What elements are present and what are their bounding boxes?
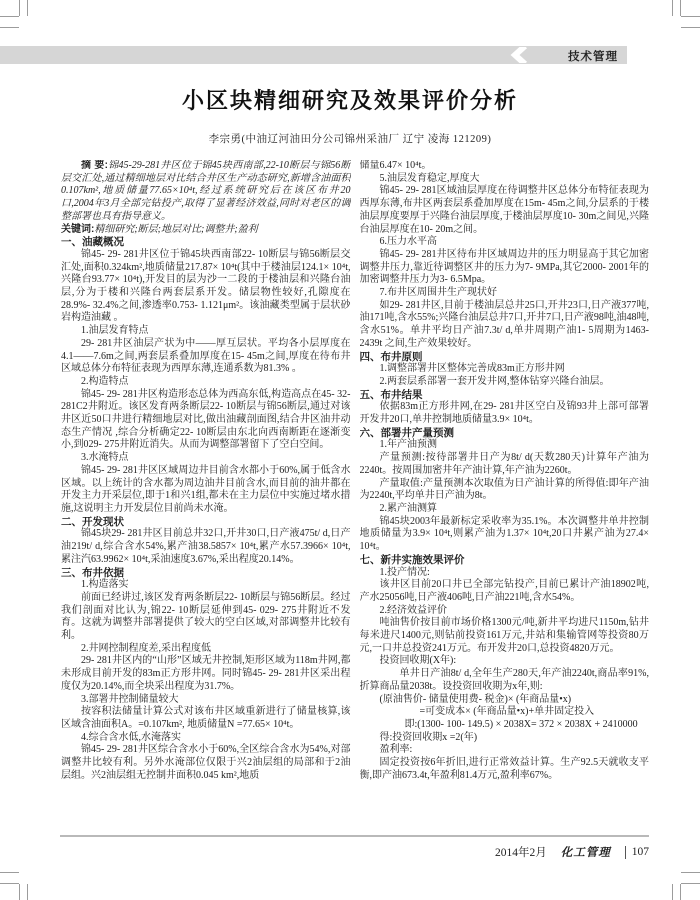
paragraph: 该井区目前20口井已全部完钻投产,目前已累计产油18902吨,产水25056吨,…: [360, 579, 650, 604]
formula-line: 即:(1300- 100- 149.5) × 2038X= 372 × 2038…: [360, 719, 650, 732]
section-heading: 四、布井原则: [360, 351, 650, 364]
right-column: 储量6.47× 10⁴t。5.油层发育稳定,厚度大锦45- 29- 281区域油…: [360, 160, 650, 830]
section-heading: 一、油藏概况: [61, 236, 351, 249]
section-heading: 三、布井依据: [61, 567, 351, 580]
paragraph: 产量取值:产量预测本次取值为日产油计算的所得值:即年产油为2240t,平均单井日…: [360, 478, 650, 503]
paragraph: 按容积法储量计算公式对该布井区域重新进行了储量核算,该区域含油面积A。=0.10…: [61, 706, 351, 731]
sub-heading: 2.构造特点: [61, 376, 351, 389]
paragraph: 29- 281井区内的“山形”区域无井控制,矩形区域为118m井网,都未形成目前…: [61, 655, 351, 693]
paragraph: 锦45块2003年最新标定采收率为35.1%。本次调整井单井控制地质储量为3.9…: [360, 516, 650, 554]
paragraph: (原油售价- 储量使用费- 税金)× (年商品量•x): [360, 694, 650, 707]
paragraph: 盈利率:: [360, 744, 650, 757]
paragraph: 投资回收期(X年):: [360, 655, 650, 668]
abstract: 摘 要:锦45-29-281井区位于锦45块西南部,22-10断层与锦56断层交…: [61, 160, 351, 224]
paragraph: 锦45- 29- 281井区区域周边井目前含水都小于60%,属于低含水区域。以上…: [61, 465, 351, 516]
paragraph: 锦45- 29- 281区域油层厚度在待调整井区总体分布特征表现为西厚东薄,布井…: [360, 185, 650, 236]
sub-heading: 1.油层发育特点: [61, 325, 351, 338]
article-title: 小区块精细研究及效果评价分析: [0, 84, 700, 115]
keywords-text: 精细研究;断层;地层对比;调整井;盈利: [94, 224, 257, 235]
page-number-divider: [625, 846, 626, 859]
chevron-left-icon: [509, 47, 531, 63]
formula-line: 单井日产油8t/ d,全年生产280天,年产油2240t,商品率91%,折算商品…: [360, 668, 650, 693]
page-number: 107: [632, 846, 649, 858]
paragraph: 固定投资按6年折旧,进行正常效益计算。生产92.5天就收支平衡,即产油673.4…: [360, 757, 650, 782]
section-heading: 六、部署井产量预测: [360, 427, 650, 440]
paragraph: 锦45- 29- 281井区构造形态总体为西高东低,构造高点在45- 32- 2…: [61, 389, 351, 453]
footer-rule: [60, 835, 649, 837]
paragraph: 如29- 281井区,目前于楼油层总井25口,开井23口,日产液377吨,油17…: [360, 300, 650, 351]
page-number-block: 107: [625, 846, 649, 859]
paragraph: 1.调整部署井区整体完善成83m正方形井网: [360, 363, 650, 376]
paragraph: 锦45- 29- 281井区综合含水小于60%,全区综合含水为54%,对部调整井…: [61, 744, 351, 782]
paragraph: 得:投资回收期x =2(年): [360, 732, 650, 745]
section-heading: 五、布井结果: [360, 389, 650, 402]
paragraph: 锦45- 29- 281井区待布井区域周边井的压力明显高于其它加密调整井压力,靠…: [360, 249, 650, 287]
section-heading: 二、开发现状: [61, 516, 351, 529]
author-line: 李宗勇(中油辽河油田分公司锦州采油厂 辽宁 凌海 121209): [0, 131, 700, 146]
keywords-label: 关键词:: [61, 224, 94, 235]
sub-heading: 6.压力水平高: [360, 236, 650, 249]
paragraph: 锦45块29- 281井区目前总井32口,开井30口,日产液475t/ d,日产…: [61, 528, 351, 566]
sub-heading: 2.经济效益评价: [360, 605, 650, 618]
footer-date: 2014年2月: [495, 844, 547, 860]
footer: 2014年2月 化工管理 107: [60, 844, 649, 860]
sub-heading: 3.部署井控制储量较大: [61, 694, 351, 707]
keywords: 关键词:精细研究;断层;地层对比;调整井;盈利: [61, 224, 351, 237]
sub-heading: 1.年产油预测: [360, 439, 650, 452]
sub-heading: 7.布井区周围井生产现状好: [360, 287, 650, 300]
sub-heading: 2.累产油测算: [360, 503, 650, 516]
paragraph: 储量6.47× 10⁴t。: [360, 160, 650, 173]
paragraph: 2.两套层系部署一套开发井网,整体钻穿兴隆台油层。: [360, 376, 650, 389]
sub-heading: 2.井网控制程度差,采出程度低: [61, 643, 351, 656]
journal-page: 技术管理 小区块精细研究及效果评价分析 李宗勇(中油辽河油田分公司锦州采油厂 辽…: [0, 0, 700, 900]
sub-heading: 1.投产情况:: [360, 567, 650, 580]
paragraph: 29- 281井区油层产状为中——厚互层状。平均各小层厚度在4.1——7.6m之…: [61, 338, 351, 376]
paragraph: 产量预测:按待部署井日产为8t/ d(天数280天)计算年产油为2240t。按周…: [360, 452, 650, 477]
formula-line: =可变成本× (年商品量•x)+单井固定投入: [360, 706, 650, 719]
sub-heading: 3.水淹特点: [61, 452, 351, 465]
journal-name: 化工管理: [561, 844, 611, 860]
paragraph: 锦45- 29- 281井区位于锦45块西南部22- 10断层与锦56断层交汇处…: [61, 249, 351, 325]
paragraph: 依据83m正方形井网,在29- 281井区空白及锦93井上部可部署开发井20口,…: [360, 401, 650, 426]
sub-heading: 1.构造落实: [61, 579, 351, 592]
section-heading: 七、新井实施效果评价: [360, 554, 650, 567]
sub-heading: 4.综合含水低,水淹落实: [61, 732, 351, 745]
paragraph: 吨油售价按目前市场价格1300元/吨,新井平均进尺1150m,钻井每米进尺140…: [360, 617, 650, 655]
paragraph: 前面已经讲过,该区发育两条断层22- 10断层与锦56断层。经过我们剖面对比认为…: [61, 592, 351, 643]
sub-heading: 5.油层发育稳定,厚度大: [360, 173, 650, 186]
article-body: 摘 要:锦45-29-281井区位于锦45块西南部,22-10断层与锦56断层交…: [61, 160, 649, 830]
header-bar: 技术管理: [0, 46, 627, 64]
left-column: 摘 要:锦45-29-281井区位于锦45块西南部,22-10断层与锦56断层交…: [61, 160, 351, 830]
abstract-label: 摘 要:: [81, 160, 108, 171]
column-tag: 技术管理: [568, 48, 618, 64]
